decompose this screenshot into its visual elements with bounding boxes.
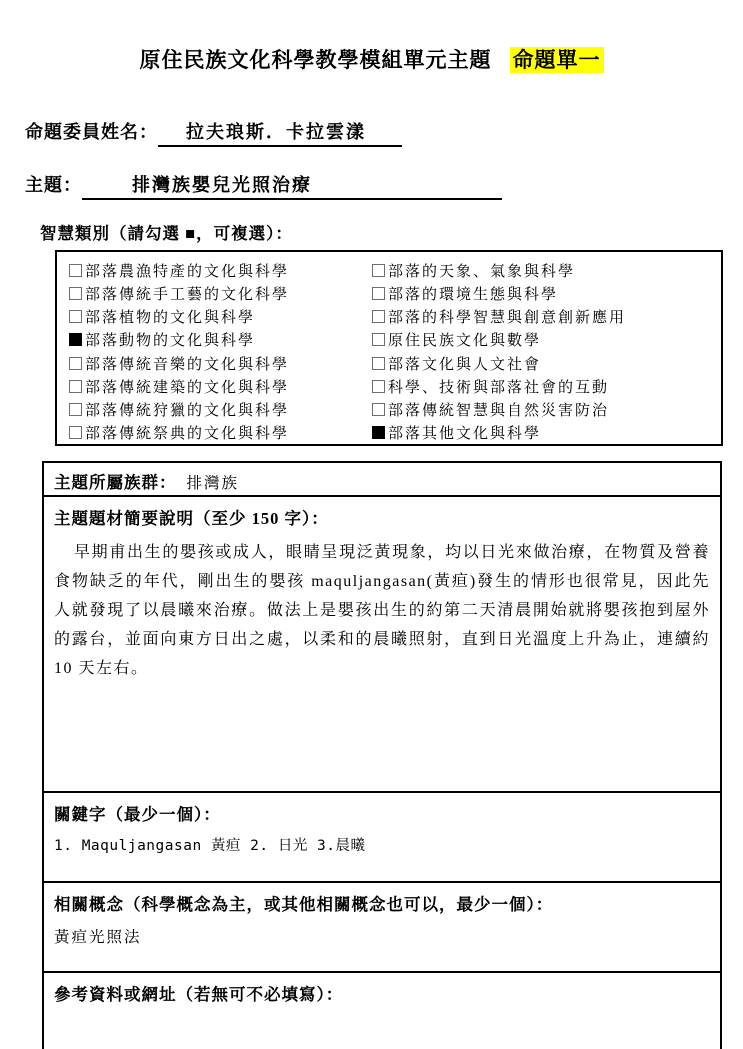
category-item[interactable]: 部落傳統智慧與自然災害防治 xyxy=(372,398,721,421)
checkbox-icon[interactable] xyxy=(69,380,82,393)
title-highlight: 命題單一 xyxy=(510,47,604,73)
category-item-label: 部落植物的文化與科學 xyxy=(85,306,255,327)
ethnic-group-row: 主題所屬族群：排灣族 xyxy=(44,463,720,495)
concepts-label: 相關概念（科學概念為主，或其他相關概念也可以，最少一個）： xyxy=(54,891,710,915)
keywords-label: 關鍵字（最少一個）： xyxy=(54,801,710,825)
checkbox-icon[interactable] xyxy=(372,403,385,416)
references-row: 參考資料或網址（若無可不必填寫）： xyxy=(44,971,720,1049)
category-item-label: 部落文化與人文社會 xyxy=(388,353,541,374)
page-title: 原住民族文化科學教學模組單元主題命題單一 xyxy=(0,44,743,74)
ethnic-group-value: 排灣族 xyxy=(187,475,240,492)
category-item-label: 部落傳統建築的文化與科學 xyxy=(85,376,289,397)
category-item-label: 科學、技術與部落社會的互動 xyxy=(388,376,609,397)
category-item[interactable]: 部落傳統狩獵的文化與科學 xyxy=(69,398,372,421)
checkbox-icon[interactable] xyxy=(372,333,385,346)
checkbox-icon[interactable] xyxy=(372,357,385,370)
category-item-label: 部落傳統祭典的文化與科學 xyxy=(85,422,289,443)
title-main: 原住民族文化科學教學模組單元主題 xyxy=(140,48,492,72)
topic-detail-table: 主題所屬族群：排灣族 主題題材簡要說明（至少 150 字）： 早期甫出生的嬰孩或… xyxy=(42,461,722,1049)
category-item-label: 部落的科學智慧與創意創新應用 xyxy=(388,306,626,327)
category-item[interactable]: 部落動物的文化與科學 xyxy=(69,328,372,351)
concepts-value: 黃疸光照法 xyxy=(54,925,710,947)
form-page: { "title": { "main": "原住民族文化科學教學模組單元主題",… xyxy=(0,0,743,1049)
checkbox-icon[interactable] xyxy=(372,264,385,277)
category-item-label: 部落傳統音樂的文化與科學 xyxy=(85,353,289,374)
category-item[interactable]: 部落農漁特產的文化與科學 xyxy=(69,259,372,282)
description-label: 主題題材簡要說明（至少 150 字）： xyxy=(54,505,710,529)
category-item[interactable]: 部落的天象、氣象與科學 xyxy=(372,259,721,282)
topic-label: 主題： xyxy=(25,175,82,195)
category-item-label: 部落其他文化與科學 xyxy=(388,422,541,443)
category-item[interactable]: 部落的環境生態與科學 xyxy=(372,282,721,305)
keywords-row: 關鍵字（最少一個）： 1. Maquljangasan 黃疸 2. 日光 3.晨… xyxy=(44,791,720,881)
concepts-row: 相關概念（科學概念為主，或其他相關概念也可以，最少一個）： 黃疸光照法 xyxy=(44,881,720,971)
category-item-label: 部落傳統狩獵的文化與科學 xyxy=(85,399,289,420)
checkbox-icon[interactable] xyxy=(69,357,82,370)
checkbox-icon[interactable] xyxy=(69,287,82,300)
topic-field[interactable]: 排灣族嬰兒光照治療 xyxy=(82,171,502,200)
category-item-label: 部落傳統手工藝的文化科學 xyxy=(85,283,289,304)
category-item-label: 部落農漁特產的文化與科學 xyxy=(85,260,289,281)
category-section-heading: 智慧類別（請勾選 ■，可複選）： xyxy=(40,220,743,244)
category-item[interactable]: 部落傳統手工藝的文化科學 xyxy=(69,282,372,305)
checkbox-icon[interactable] xyxy=(372,310,385,323)
topic-row: 主題：排灣族嬰兒光照治療 xyxy=(25,171,743,200)
ethnic-group-label: 主題所屬族群： xyxy=(54,473,177,492)
category-item[interactable]: 部落的科學智慧與創意創新應用 xyxy=(372,305,721,328)
committee-name-field[interactable]: 拉夫琅斯．卡拉雲漾 xyxy=(158,118,402,147)
category-item-label: 部落動物的文化與科學 xyxy=(85,329,255,350)
committee-name-row: 命題委員姓名：拉夫琅斯．卡拉雲漾 xyxy=(25,118,743,147)
references-label: 參考資料或網址（若無可不必填寫）： xyxy=(54,981,710,1005)
category-item[interactable]: 科學、技術與部落社會的互動 xyxy=(372,375,721,398)
checkbox-icon[interactable] xyxy=(69,264,82,277)
category-checkbox-box: 部落農漁特產的文化與科學 部落傳統手工藝的文化科學 部落植物的文化與科學 部落動… xyxy=(55,250,723,446)
committee-name-label: 命題委員姓名： xyxy=(25,122,158,142)
category-item[interactable]: 部落傳統祭典的文化與科學 xyxy=(69,421,372,444)
checkbox-icon[interactable] xyxy=(69,310,82,323)
category-item[interactable]: 部落傳統建築的文化與科學 xyxy=(69,375,372,398)
description-row: 主題題材簡要說明（至少 150 字）： 早期甫出生的嬰孩或成人，眼睛呈現泛黃現象… xyxy=(44,495,720,791)
category-item[interactable]: 部落其他文化與科學 xyxy=(372,421,721,444)
category-item[interactable]: 部落文化與人文社會 xyxy=(372,352,721,375)
keywords-value: 1. Maquljangasan 黃疸 2. 日光 3.晨曦 xyxy=(54,834,710,855)
checkbox-icon[interactable] xyxy=(372,380,385,393)
checkbox-icon[interactable] xyxy=(69,403,82,416)
category-item-label: 原住民族文化與數學 xyxy=(388,329,541,350)
category-item[interactable]: 原住民族文化與數學 xyxy=(372,328,721,351)
checkbox-icon[interactable] xyxy=(69,333,82,346)
category-item-label: 部落的環境生態與科學 xyxy=(388,283,558,304)
category-column-left: 部落農漁特產的文化與科學 部落傳統手工藝的文化科學 部落植物的文化與科學 部落動… xyxy=(69,259,372,444)
category-item-label: 部落的天象、氣象與科學 xyxy=(388,260,575,281)
checkbox-icon[interactable] xyxy=(69,426,82,439)
description-text: 早期甫出生的嬰孩或成人，眼睛呈現泛黃現象，均以日光來做治療，在物質及營養食物缺乏… xyxy=(54,538,710,683)
checkbox-icon[interactable] xyxy=(372,287,385,300)
category-item[interactable]: 部落傳統音樂的文化與科學 xyxy=(69,352,372,375)
checkbox-icon[interactable] xyxy=(372,426,385,439)
category-item[interactable]: 部落植物的文化與科學 xyxy=(69,305,372,328)
category-item-label: 部落傳統智慧與自然災害防治 xyxy=(388,399,609,420)
category-column-right: 部落的天象、氣象與科學 部落的環境生態與科學 部落的科學智慧與創意創新應用 原住… xyxy=(372,259,721,444)
